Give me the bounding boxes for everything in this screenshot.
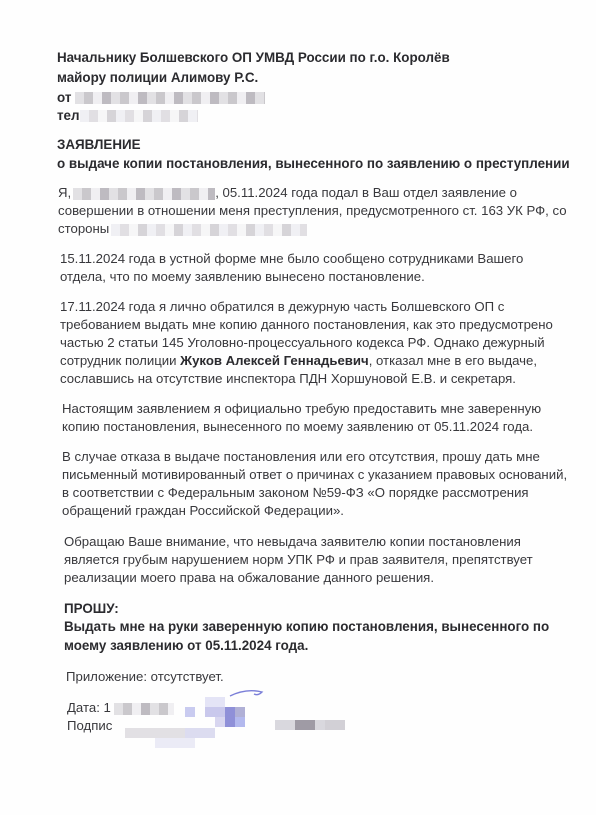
redacted-sender-name [75, 92, 265, 104]
redacted-phone [80, 110, 198, 122]
paragraph-3-line-3: частью 2 статьи 145 Уголовно-процессуаль… [60, 334, 545, 352]
from-label: от [57, 90, 71, 105]
signature-stroke-icon [228, 688, 268, 700]
paragraph-1-text: , 05.11.2024 года подал в Ваш отдел заяв… [215, 185, 517, 200]
paragraph-5-line-3: в соответствии с Федеральным законом №59… [62, 484, 529, 502]
signature-line: Подпис [67, 717, 112, 735]
document-title: ЗАЯВЛЕНИЕ [57, 136, 141, 154]
paragraph-6-line-3: реализации моего права на обжалование да… [64, 569, 434, 587]
paragraph-5-line-4: обращений граждан Российской Федерации». [62, 502, 344, 520]
paragraph-3-line-4: сотрудник полиции Жуков Алексей Геннадье… [60, 352, 537, 370]
paragraph-6-line-1: Обращаю Ваше внимание, что невыдача заяв… [64, 533, 521, 551]
phone-label: тел [57, 108, 80, 123]
date-label: Дата: 1 [67, 700, 111, 715]
side-prefix: стороны [58, 221, 109, 236]
signature-label: Подпис [67, 718, 112, 733]
request-line-1: Выдать мне на руки заверенную копию пост… [64, 618, 549, 636]
sender-line: от [57, 89, 265, 107]
redacted-applicant-name [73, 188, 215, 200]
paragraph-3-line-1: 17.11.2024 года я лично обратился в дежу… [60, 298, 504, 316]
attachment-line: Приложение: отсутствует. [66, 668, 224, 686]
request-line-2: моему заявлению от 05.11.2024 года. [64, 637, 308, 655]
recipient-line-2: майору полиции Алимову Р.С. [57, 69, 258, 87]
paragraph-3-line-5: сославшись на отсутствие инспектора ПДН … [60, 370, 516, 388]
paragraph-1-line-1: Я,, 05.11.2024 года подал в Ваш отдел за… [58, 184, 517, 202]
redacted-date [114, 703, 174, 715]
officer-suffix: , отказал мне в его выдаче, [369, 353, 537, 368]
request-heading: ПРОШУ: [64, 600, 119, 618]
paragraph-5-line-1: В случае отказа в выдаче постановления и… [62, 448, 540, 466]
document-subtitle: о выдаче копии постановления, вынесенног… [57, 155, 570, 173]
phone-line: тел [57, 107, 198, 125]
paragraph-1-line-3: стороны [58, 220, 307, 238]
document-page: Начальнику Болшевского ОП УМВД России по… [0, 0, 596, 815]
paragraph-6-line-2: является грубым нарушением норм УПК РФ и… [64, 551, 533, 569]
paragraph-4-line-2: копию постановления, вынесенного по моем… [62, 418, 533, 436]
recipient-line-1: Начальнику Болшевского ОП УМВД России по… [57, 49, 450, 67]
paragraph-3-line-2: требованием выдать мне копию данного пос… [60, 316, 553, 334]
paragraph-4-line-1: Настоящим заявлением я официально требую… [62, 400, 541, 418]
paragraph-5-line-2: письменный мотивированный ответ о причин… [62, 466, 567, 484]
paragraph-1-line-2: совершении в отношении меня преступления… [58, 202, 567, 220]
officer-name: Жуков Алексей Геннадьевич [180, 353, 369, 368]
paragraph-2-line-1: 15.11.2024 года в устной форме мне было … [60, 250, 523, 268]
officer-prefix: сотрудник полиции [60, 353, 180, 368]
date-line: Дата: 1 [67, 699, 174, 717]
redacted-offender-name [111, 224, 307, 236]
paragraph-2-line-2: отдела, что по моему заявлению вынесено … [60, 268, 425, 286]
applicant-prefix: Я, [58, 185, 71, 200]
